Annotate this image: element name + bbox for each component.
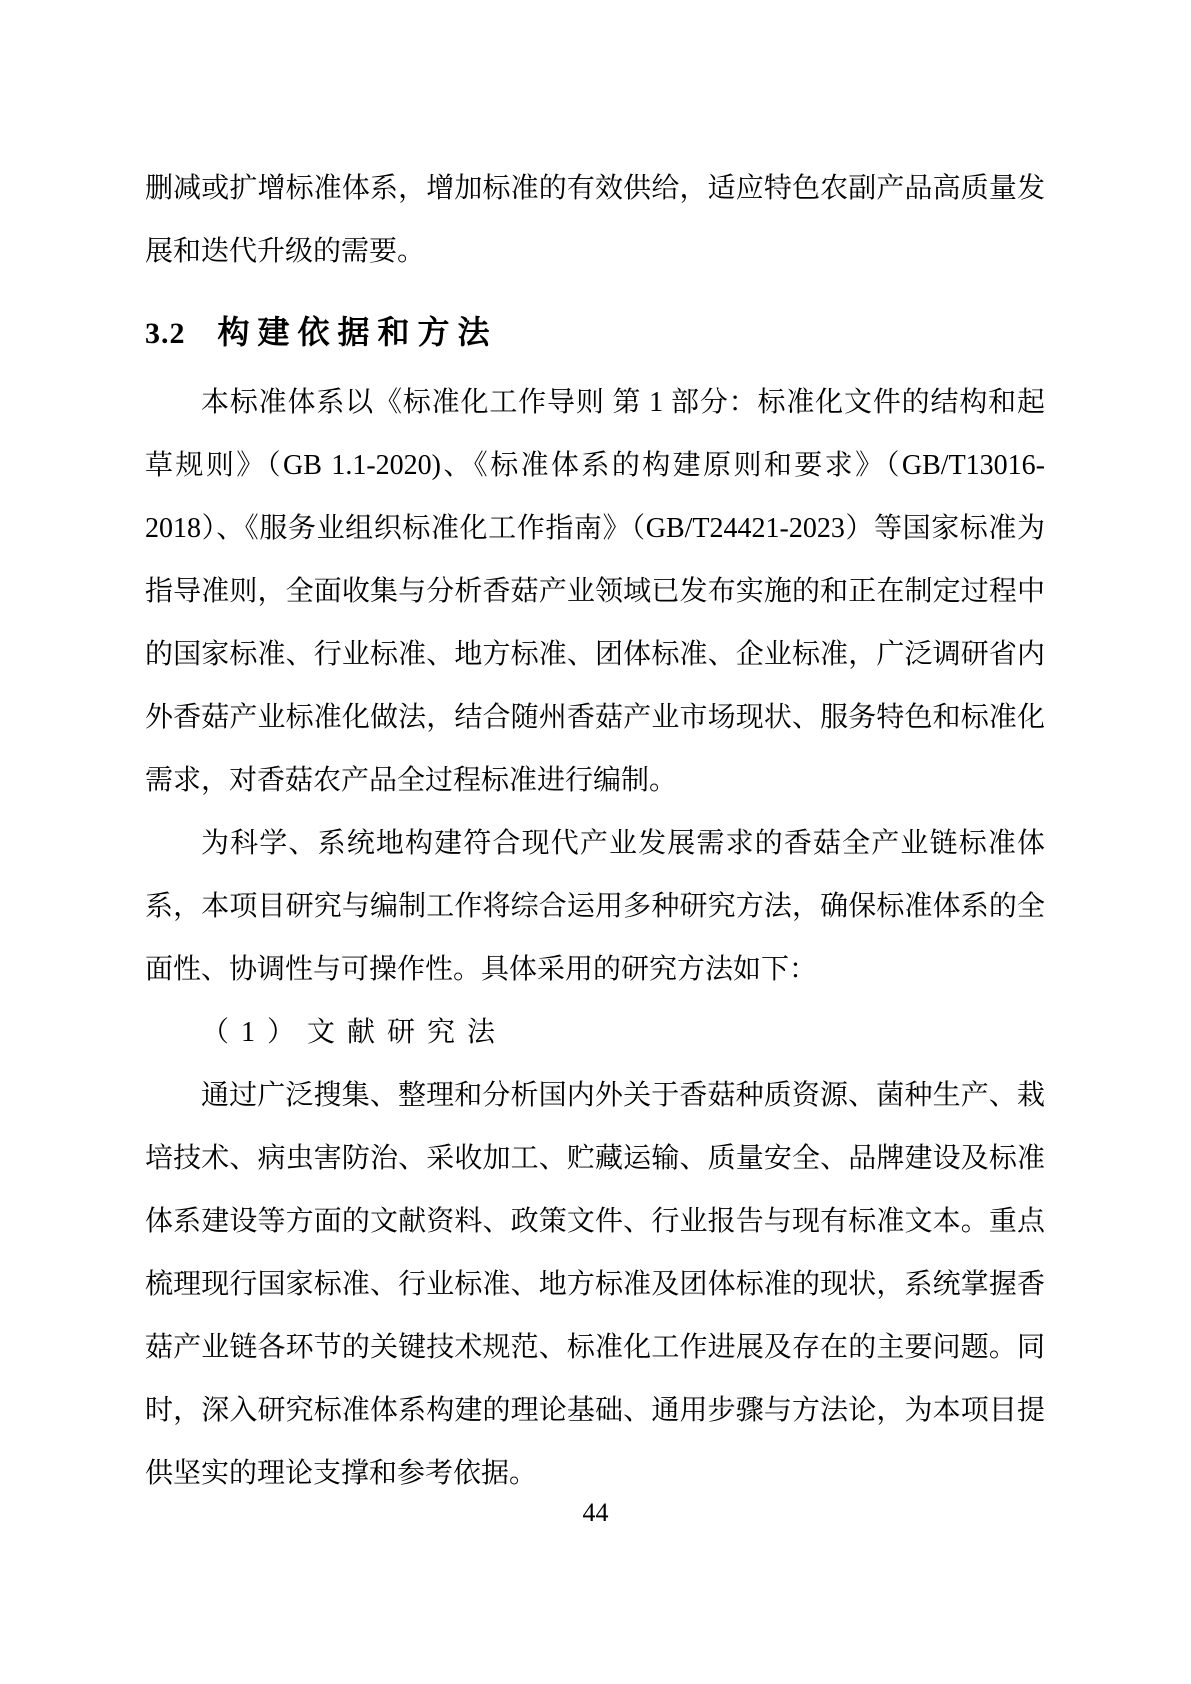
paragraph-continuation: 删减或扩增标准体系，增加标准的有效供给，适应特色农副产品高质量发展和迭代升级的需… [145, 157, 1045, 283]
section-heading-title: 构建依据和方法 [218, 314, 498, 350]
document-page: 删减或扩增标准体系，增加标准的有效供给，适应特色农副产品高质量发展和迭代升级的需… [0, 0, 1191, 1684]
page-number: 44 [0, 1498, 1191, 1528]
paragraph-research-methods-intro: 为科学、系统地构建符合现代产业发展需求的香菇全产业链标准体系，本项目研究与编制工… [145, 812, 1045, 1001]
section-heading-number: 3.2 [145, 317, 186, 350]
paragraph-method-1-title: （1）文献研究法 [145, 1001, 1045, 1064]
document-body: 删减或扩增标准体系，增加标准的有效供给，适应特色农副产品高质量发展和迭代升级的需… [145, 157, 1045, 1505]
section-heading: 3.2 构建依据和方法 [145, 295, 1045, 371]
paragraph-basis-of-construction: 本标准体系以《标准化工作导则 第 1 部分：标准化文件的结构和起草规则》（GB … [145, 371, 1045, 812]
paragraph-literature-research-method: 通过广泛搜集、整理和分析国内外关于香菇种质资源、菌种生产、栽培技术、病虫害防治、… [145, 1064, 1045, 1505]
